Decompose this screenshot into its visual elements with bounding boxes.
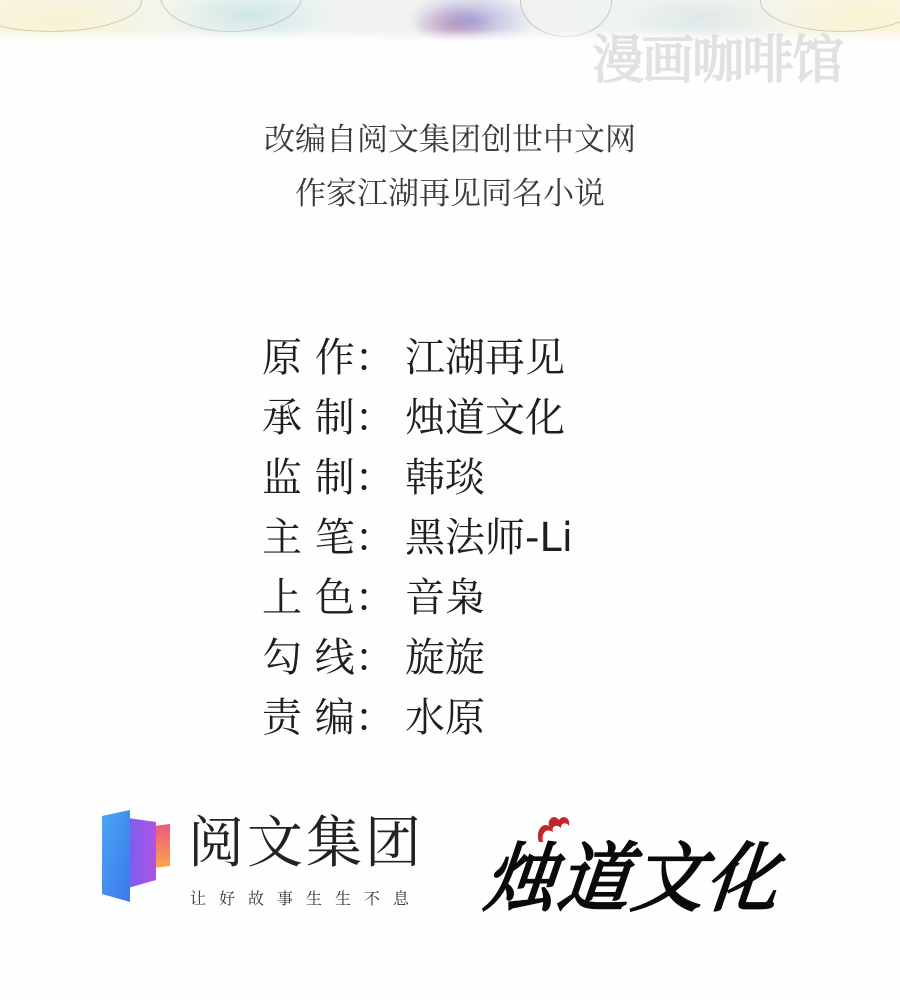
credit-label: 监 制：	[262, 446, 405, 503]
credit-label: 勾 线：	[262, 626, 405, 683]
credits-list: 原 作： 江湖再见 承 制： 烛道文化 监 制： 韩琰 主 笔： 黑法师-Li …	[262, 324, 573, 744]
credit-row-production: 承 制： 烛道文化	[262, 384, 573, 444]
credit-value: 黑法师-Li	[405, 506, 573, 563]
credit-value: 韩琰	[405, 446, 485, 503]
credit-value: 江湖再见	[405, 326, 565, 383]
credit-label: 承 制：	[262, 386, 405, 443]
intro-line-2: 作家江湖再见同名小说	[0, 168, 900, 220]
yuewen-name: 阅文集团	[188, 812, 424, 876]
watermark: 漫画咖啡馆	[592, 18, 842, 93]
credit-label: 责 编：	[262, 686, 405, 743]
sketch-line	[0, 0, 142, 32]
intro-line-1: 改编自阅文集团创世中文网	[0, 114, 900, 166]
credit-label: 主 笔：	[262, 506, 405, 563]
yuewen-tagline: 让好故事生生不息	[190, 886, 422, 909]
credit-row-original-author: 原 作： 江湖再见	[262, 324, 573, 384]
yuewen-group-logo: 阅文集团 让好故事生生不息	[100, 808, 440, 913]
credit-row-line-art: 勾 线： 旋旋	[262, 624, 573, 684]
credit-label: 原 作：	[262, 326, 405, 383]
sketch-line	[160, 0, 302, 32]
zhudao-culture-logo: 烛道文化	[485, 812, 815, 912]
credit-row-editor: 责 编： 水原	[262, 684, 573, 744]
credit-value: 水原	[405, 686, 485, 743]
credit-value: 音枭	[405, 566, 485, 623]
credit-value: 旋旋	[405, 626, 485, 683]
credit-row-supervisor: 监 制： 韩琰	[262, 444, 573, 504]
credit-value: 烛道文化	[405, 386, 565, 443]
yuewen-book-icon	[100, 808, 172, 908]
credit-label: 上 色：	[262, 566, 405, 623]
zhudao-name: 烛道文化	[479, 817, 786, 926]
credit-row-lead-artist: 主 笔： 黑法师-Li	[262, 504, 573, 564]
credit-row-colorist: 上 色： 音枭	[262, 564, 573, 624]
